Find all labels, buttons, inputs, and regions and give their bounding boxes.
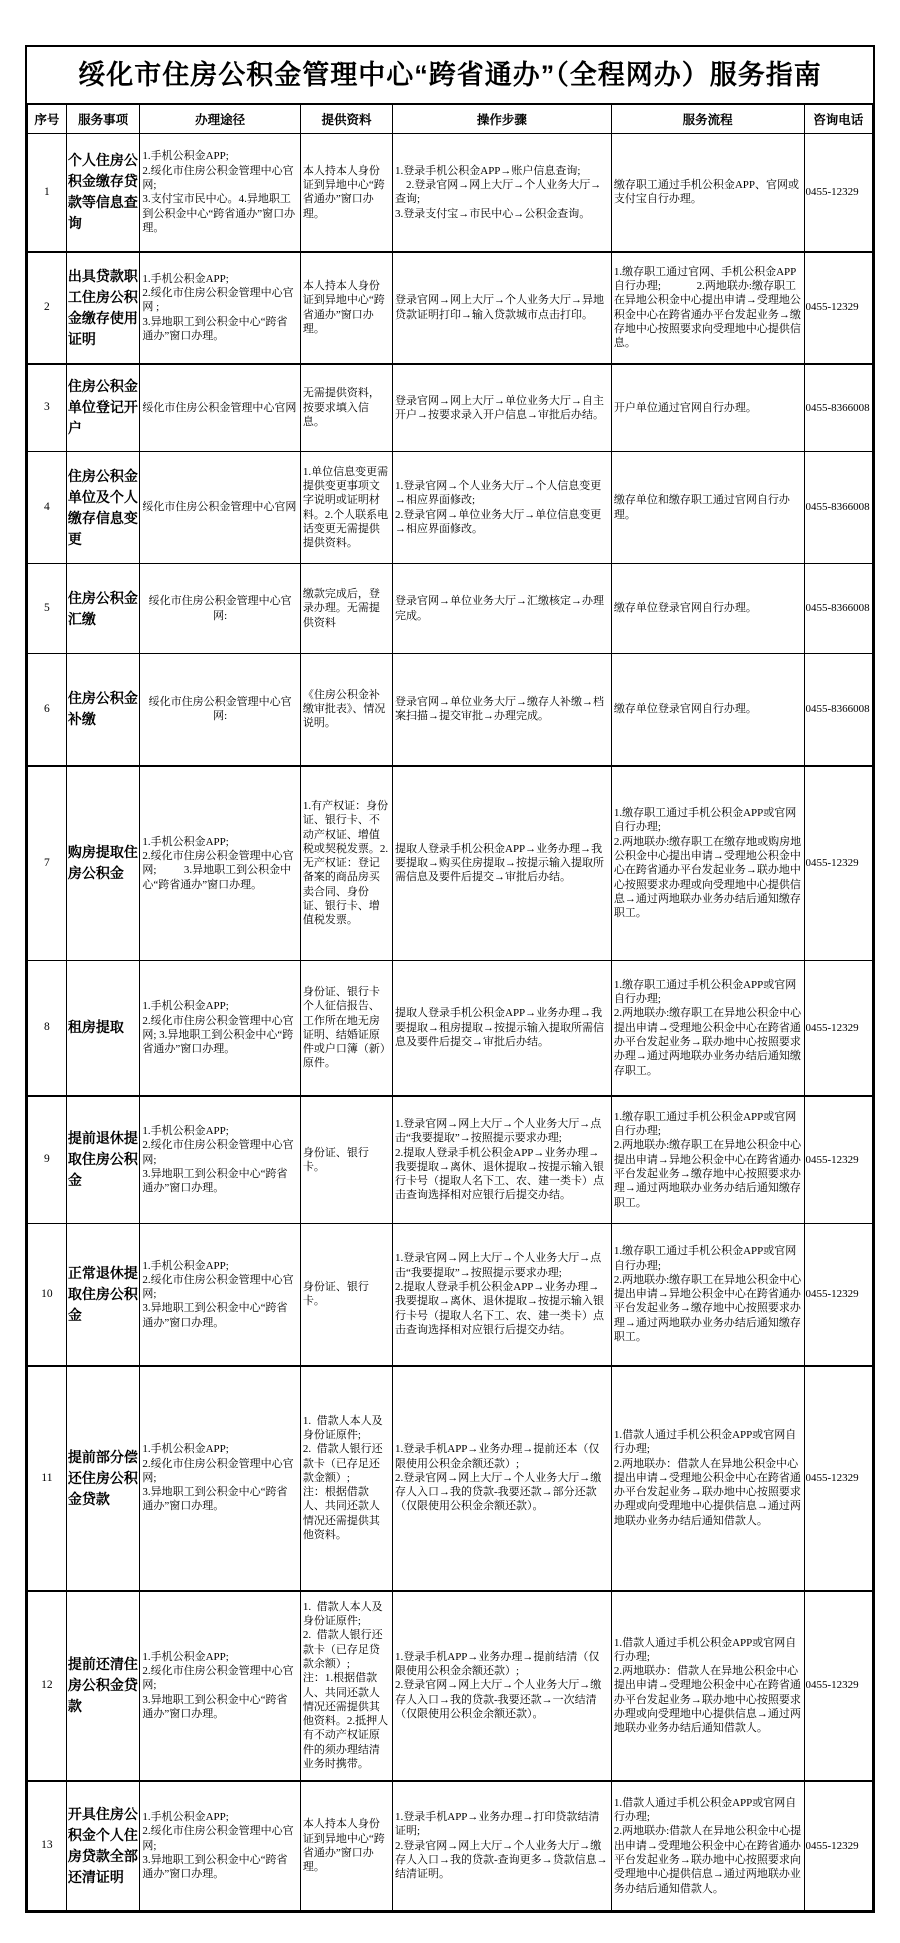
table-row: 7购房提取住房公积金1.手机公积金APP; 2.绥化市住房公积金管理中心官网; … — [28, 766, 873, 961]
process-cell: 1.缴存职工通过手机公积金APP或官网自行办理; 2.两地联办:缴存职工在异地公… — [611, 961, 804, 1096]
phone-cell: 0455-12329 — [804, 1366, 872, 1591]
table-row: 4住房公积金单位及个人缴存信息变更绥化市住房公积金管理中心官网1.单位信息变更需… — [28, 452, 873, 564]
phone-cell: 0455-12329 — [804, 1781, 872, 1911]
service-item: 出具贷款职工住房公积金缴存使用证明 — [66, 252, 140, 364]
table-row: 11提前部分偿还住房公积金贷款1.手机公积金APP; 2.绥化市住房公积金管理中… — [28, 1366, 873, 1591]
table-row: 5住房公积金汇缴绥化市住房公积金管理中心官网:缴款完成后，登录办理。无需提供资料… — [28, 564, 873, 654]
channel-cell: 1.手机公积金APP; 2.绥化市住房公积金管理中心官网; 3.异地职工到公积金… — [140, 1096, 301, 1224]
channel-cell: 1.手机公积金APP; 2.绥化市住房公积金管理中心官网; 3.异地职工到公积金… — [140, 1366, 301, 1591]
row-number: 6 — [28, 654, 67, 766]
row-number: 13 — [28, 1781, 67, 1911]
service-item: 住房公积金补缴 — [66, 654, 140, 766]
column-header-process: 服务流程 — [611, 105, 804, 134]
service-item: 住房公积金单位登记开户 — [66, 364, 140, 452]
steps-cell: 登录官网→网上大厅→个人业务大厅→异地贷款证明打印→输入贷款城市点击打印。 — [393, 252, 612, 364]
process-cell: 1.缴存职工通过手机公积金APP或官网自行办理; 2.两地联办:缴存职工在异地公… — [611, 1096, 804, 1224]
table-row: 2出具贷款职工住房公积金缴存使用证明1.手机公积金APP; 2.绥化市住房公积金… — [28, 252, 873, 364]
materials-cell: 1. 借款人本人及身份证原件; 2. 借款人银行还款卡（已存足还款金额）; 注：… — [300, 1366, 392, 1591]
steps-cell: 1.登录官网→网上大厅→个人业务大厅→点击“我要提取”→按照提示要求办理; 2.… — [393, 1224, 612, 1366]
steps-cell: 登录官网→单位业务大厅→缴存人补缴→档案扫描→提交审批→办理完成。 — [393, 654, 612, 766]
table-row: 3住房公积金单位登记开户绥化市住房公积金管理中心官网无需提供资料，按要求填入信息… — [28, 364, 873, 452]
row-number: 10 — [28, 1224, 67, 1366]
process-cell: 1.借款人通过手机公积金APP或官网自行办理; 2.两地联办：借款人在异地公积金… — [611, 1591, 804, 1781]
materials-cell: 1.有产权证：身份证、银行卡、不动产权证、增值税或契税发票。2.无产权证：登记备… — [300, 766, 392, 961]
service-item: 正常退休提取住房公积金 — [66, 1224, 140, 1366]
row-number: 7 — [28, 766, 67, 961]
service-item: 租房提取 — [66, 961, 140, 1096]
process-cell: 1.借款人通过手机公积金APP或官网自行办理; 2.两地联办:借款人在异地公积金… — [611, 1781, 804, 1911]
phone-cell: 0455-12329 — [804, 1591, 872, 1781]
service-item: 个人住房公积金缴存贷款等信息查询 — [66, 134, 140, 252]
phone-cell: 0455-12329 — [804, 134, 872, 252]
process-cell: 开户单位通过官网自行办理。 — [611, 364, 804, 452]
channel-cell: 绥化市住房公积金管理中心官网 — [140, 452, 301, 564]
service-guide-document: 绥化市住房公积金管理中心“跨省通办”（全程网办）服务指南 序号 服务事项 办理途… — [25, 45, 875, 1913]
channel-cell: 绥化市住房公积金管理中心官网 — [140, 364, 301, 452]
steps-cell: 提取人登录手机公积金APP→业务办理→我要提取→购买住房提取→按提示输入提取所需… — [393, 766, 612, 961]
process-cell: 1.缴存职工通过手机公积金APP或官网自行办理; 2.两地联办:缴存职工在异地公… — [611, 1224, 804, 1366]
materials-cell: 身份证、银行卡。 — [300, 1096, 392, 1224]
phone-cell: 0455-8366008 — [804, 654, 872, 766]
header-row: 序号 服务事项 办理途径 提供资料 操作步骤 服务流程 咨询电话 — [28, 105, 873, 134]
steps-cell: 提取人登录手机公积金APP→业务办理→我要提取→租房提取→按提示输入提取所需信息… — [393, 961, 612, 1096]
row-number: 4 — [28, 452, 67, 564]
table-row: 1个人住房公积金缴存贷款等信息查询1.手机公积金APP; 2.绥化市住房公积金管… — [28, 134, 873, 252]
table-row: 12提前还清住房公积金贷款1.手机公积金APP; 2.绥化市住房公积金管理中心官… — [28, 1591, 873, 1781]
steps-cell: 1.登录官网→网上大厅→个人业务大厅→点击“我要提取”→按照提示要求办理; 2.… — [393, 1096, 612, 1224]
materials-cell: 本人持本人身份证到异地中心“跨省通办”窗口办理。 — [300, 134, 392, 252]
service-item: 购房提取住房公积金 — [66, 766, 140, 961]
row-number: 8 — [28, 961, 67, 1096]
materials-cell: 《住房公积金补缴审批表》、情况说明。 — [300, 654, 392, 766]
channel-cell: 1.手机公积金APP; 2.绥化市住房公积金管理中心官网; 3.支付宝市民中心。… — [140, 134, 301, 252]
channel-cell: 绥化市住房公积金管理中心官网: — [140, 564, 301, 654]
channel-cell: 1.手机公积金APP; 2.绥化市住房公积金管理中心官网; 3.异地职工到公积金… — [140, 1591, 301, 1781]
table-row: 13开具住房公积金个人住房贷款全部还清证明1.手机公积金APP; 2.绥化市住房… — [28, 1781, 873, 1911]
process-cell: 1.借款人通过手机公积金APP或官网自行办理; 2.两地联办：借款人在异地公积金… — [611, 1366, 804, 1591]
materials-cell: 1.单位信息变更需提供变更事项文字说明或证明材料。2.个人联系电话变更无需提供提… — [300, 452, 392, 564]
channel-cell: 1.手机公积金APP; 2.绥化市住房公积金管理中心官网; 3.异地职工到公积金… — [140, 766, 301, 961]
row-number: 3 — [28, 364, 67, 452]
row-number: 11 — [28, 1366, 67, 1591]
table-row: 10正常退休提取住房公积金1.手机公积金APP; 2.绥化市住房公积金管理中心官… — [28, 1224, 873, 1366]
service-guide-page: 绥化市住房公积金管理中心“跨省通办”（全程网办）服务指南 序号 服务事项 办理途… — [0, 0, 900, 1943]
row-number: 12 — [28, 1591, 67, 1781]
table-row: 9提前退休提取住房公积金1.手机公积金APP; 2.绥化市住房公积金管理中心官网… — [28, 1096, 873, 1224]
materials-cell: 本人持本人身份证到异地中心“跨省通办”窗口办理。 — [300, 252, 392, 364]
phone-cell: 0455-12329 — [804, 961, 872, 1096]
column-header-service-item: 服务事项 — [66, 105, 140, 134]
phone-cell: 0455-12329 — [804, 1096, 872, 1224]
process-cell: 缴存单位和缴存职工通过官网自行办理。 — [611, 452, 804, 564]
materials-cell: 缴款完成后，登录办理。无需提供资料 — [300, 564, 392, 654]
table-row: 6住房公积金补缴绥化市住房公积金管理中心官网:《住房公积金补缴审批表》、情况说明… — [28, 654, 873, 766]
column-header-no: 序号 — [28, 105, 67, 134]
phone-cell: 0455-8366008 — [804, 564, 872, 654]
channel-cell: 1.手机公积金APP; 2.绥化市住房公积金管理中心官网; 3.异地职工到公积金… — [140, 961, 301, 1096]
materials-cell: 本人持本人身份证到异地中心“跨省通办”窗口办理。 — [300, 1781, 392, 1911]
column-header-phone: 咨询电话 — [804, 105, 872, 134]
process-cell: 1.缴存职工通过手机公积金APP或官网自行办理; 2.两地联办:缴存职工在缴存地… — [611, 766, 804, 961]
process-cell: 缴存单位登录官网自行办理。 — [611, 564, 804, 654]
table-row: 8租房提取1.手机公积金APP; 2.绥化市住房公积金管理中心官网; 3.异地职… — [28, 961, 873, 1096]
process-cell: 缴存单位登录官网自行办理。 — [611, 654, 804, 766]
steps-cell: 登录官网→网上大厅→单位业务大厅→自主开户→按要求录入开户信息→审批后办结。 — [393, 364, 612, 452]
service-item: 提前退休提取住房公积金 — [66, 1096, 140, 1224]
process-cell: 1.缴存职工通过官网、手机公积金APP自行办理; 2.两地联办:缴存职工在异地公… — [611, 252, 804, 364]
channel-cell: 1.手机公积金APP; 2.绥化市住房公积金管理中心官网; 3.异地职工到公积金… — [140, 1781, 301, 1911]
phone-cell: 0455-12329 — [804, 766, 872, 961]
steps-cell: 1.登录手机APP→业务办理→打印贷款结清证明; 2.登录官网→网上大厅→个人业… — [393, 1781, 612, 1911]
service-item: 住房公积金单位及个人缴存信息变更 — [66, 452, 140, 564]
column-header-steps: 操作步骤 — [393, 105, 612, 134]
phone-cell: 0455-12329 — [804, 1224, 872, 1366]
steps-cell: 1.登录手机APP→业务办理→提前结清（仅限使用公积金余额还款）; 2.登录官网… — [393, 1591, 612, 1781]
service-item: 住房公积金汇缴 — [66, 564, 140, 654]
materials-cell: 1. 借款人本人及身份证原件; 2. 借款人银行还款卡（已存足贷款余额）; 注：… — [300, 1591, 392, 1781]
steps-cell: 1.登录官网→个人业务大厅→个人信息变更→相应界面修改; 2.登录官网→单位业务… — [393, 452, 612, 564]
row-number: 2 — [28, 252, 67, 364]
phone-cell: 0455-12329 — [804, 252, 872, 364]
steps-cell: 登录官网→单位业务大厅→汇缴核定→办理完成。 — [393, 564, 612, 654]
phone-cell: 0455-8366008 — [804, 452, 872, 564]
service-item: 开具住房公积金个人住房贷款全部还清证明 — [66, 1781, 140, 1911]
materials-cell: 身份证、银行卡个人征信报告、工作所在地无房证明、结婚证原件或户口簿（新）原件。 — [300, 961, 392, 1096]
services-table: 序号 服务事项 办理途径 提供资料 操作步骤 服务流程 咨询电话 1个人住房公积… — [27, 104, 873, 1911]
materials-cell: 无需提供资料，按要求填入信息。 — [300, 364, 392, 452]
channel-cell: 1.手机公积金APP; 2.绥化市住房公积金管理中心官网 ; 3.异地职工到公积… — [140, 252, 301, 364]
service-item: 提前部分偿还住房公积金贷款 — [66, 1366, 140, 1591]
table-body: 1个人住房公积金缴存贷款等信息查询1.手机公积金APP; 2.绥化市住房公积金管… — [28, 134, 873, 1911]
channel-cell: 1.手机公积金APP; 2.绥化市住房公积金管理中心官网; 3.异地职工到公积金… — [140, 1224, 301, 1366]
process-cell: 缴存职工通过手机公积金APP、官网或支付宝自行办理。 — [611, 134, 804, 252]
channel-cell: 绥化市住房公积金管理中心官网: — [140, 654, 301, 766]
row-number: 1 — [28, 134, 67, 252]
column-header-channel: 办理途径 — [140, 105, 301, 134]
steps-cell: 1.登录手机APP→业务办理→提前还本（仅限使用公积金余额还款）; 2.登录官网… — [393, 1366, 612, 1591]
materials-cell: 身份证、银行卡。 — [300, 1224, 392, 1366]
page-title: 绥化市住房公积金管理中心“跨省通办”（全程网办）服务指南 — [27, 47, 873, 104]
steps-cell: 1.登录手机公积金APP→账户信息查询; 2.登录官网→网上大厅→个人业务大厅→… — [393, 134, 612, 252]
service-item: 提前还清住房公积金贷款 — [66, 1591, 140, 1781]
phone-cell: 0455-8366008 — [804, 364, 872, 452]
column-header-materials: 提供资料 — [300, 105, 392, 134]
row-number: 9 — [28, 1096, 67, 1224]
row-number: 5 — [28, 564, 67, 654]
